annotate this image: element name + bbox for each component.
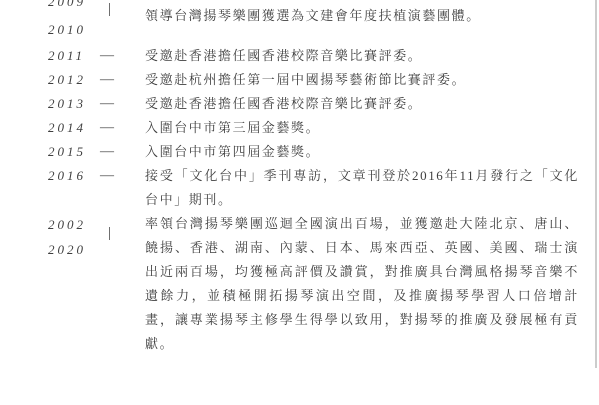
entry-years: 2011 [48, 44, 100, 68]
entry-years: 2016 [48, 164, 100, 188]
entry-years: 2012 [48, 68, 100, 92]
timeline-entry-2002-2020: 2002 2020 | 率領台灣揚琴樂團巡迴全國演出百場，並獲邀赴大陸北京、唐山… [0, 212, 592, 356]
page-edge-line [595, 0, 597, 368]
year-label: 2002 [48, 212, 100, 237]
timeline-entry-2013: 2013 — 受邀赴香港擔任國香港校際音樂比賽評委。 [0, 92, 592, 116]
entry-marker-column: — [100, 164, 145, 212]
timeline-document-page: 2009 2010 | 領導台灣揚琴樂團獲選為文建會年度扶植演藝團體。 2011… [0, 0, 599, 405]
timeline-entry-2015: 2015 — 入圍台中市第四屆金藝獎。 [0, 140, 592, 164]
entry-text: 受邀赴香港擔任國香港校際音樂比賽評委。 [145, 92, 579, 116]
year-label: 2009 [48, 0, 100, 16]
entry-years: 2013 [48, 92, 100, 116]
entry-marker-column: — [100, 44, 145, 68]
entry-text: 受邀赴杭州擔任第一屆中國揚琴藝術節比賽評委。 [145, 68, 579, 92]
year-label: 2014 [48, 116, 100, 140]
entry-text: 入圍台中市第三屆金藝獎。 [145, 116, 579, 140]
entry-marker-column: — [100, 116, 145, 140]
entry-marker-column: — [100, 140, 145, 164]
entry-years: 2015 [48, 140, 100, 164]
timeline-entry-2012: 2012 — 受邀赴杭州擔任第一屆中國揚琴藝術節比賽評委。 [0, 68, 592, 92]
entry-text: 受邀赴香港擔任國香港校際音樂比賽評委。 [145, 44, 579, 68]
entry-text: 接受「文化台中」季刊專訪，文章刊登於2016年11月發行之「文化台中」期刊。 [145, 164, 579, 212]
year-label: 2010 [48, 16, 100, 44]
timeline-entry-2014: 2014 — 入圍台中市第三屆金藝獎。 [0, 116, 592, 140]
entry-text: 率領台灣揚琴樂團巡迴全國演出百場，並獲邀赴大陸北京、唐山、饒揚、香港、湖南、內蒙… [145, 212, 579, 356]
vertical-bar-marker: | [108, 2, 111, 17]
year-label: 2015 [48, 140, 100, 164]
entry-marker-column: | [100, 0, 145, 44]
year-label: 2012 [48, 68, 100, 92]
year-label: 2013 [48, 92, 100, 116]
year-label: 2020 [48, 237, 100, 262]
vertical-bar-marker: | [108, 226, 111, 241]
entry-years: 2014 [48, 116, 100, 140]
entry-text: 領導台灣揚琴樂團獲選為文建會年度扶植演藝團體。 [145, 4, 579, 28]
entry-marker-column: — [100, 92, 145, 116]
year-label: 2016 [48, 164, 100, 188]
entry-years: 2002 2020 [48, 212, 100, 262]
entry-text: 入圍台中市第四屆金藝獎。 [145, 140, 579, 164]
timeline-entry-2016: 2016 — 接受「文化台中」季刊專訪，文章刊登於2016年11月發行之「文化台… [0, 164, 592, 212]
entry-marker-column: — [100, 68, 145, 92]
year-label: 2011 [48, 44, 100, 68]
biography-timeline: 2009 2010 | 領導台灣揚琴樂團獲選為文建會年度扶植演藝團體。 2011… [0, 0, 592, 356]
entry-marker-column: | [100, 212, 145, 356]
timeline-entry-2011: 2011 — 受邀赴香港擔任國香港校際音樂比賽評委。 [0, 44, 592, 68]
entry-years: 2009 2010 [48, 0, 100, 44]
timeline-entry-2009-2010: 2009 2010 | 領導台灣揚琴樂團獲選為文建會年度扶植演藝團體。 [0, 0, 592, 44]
